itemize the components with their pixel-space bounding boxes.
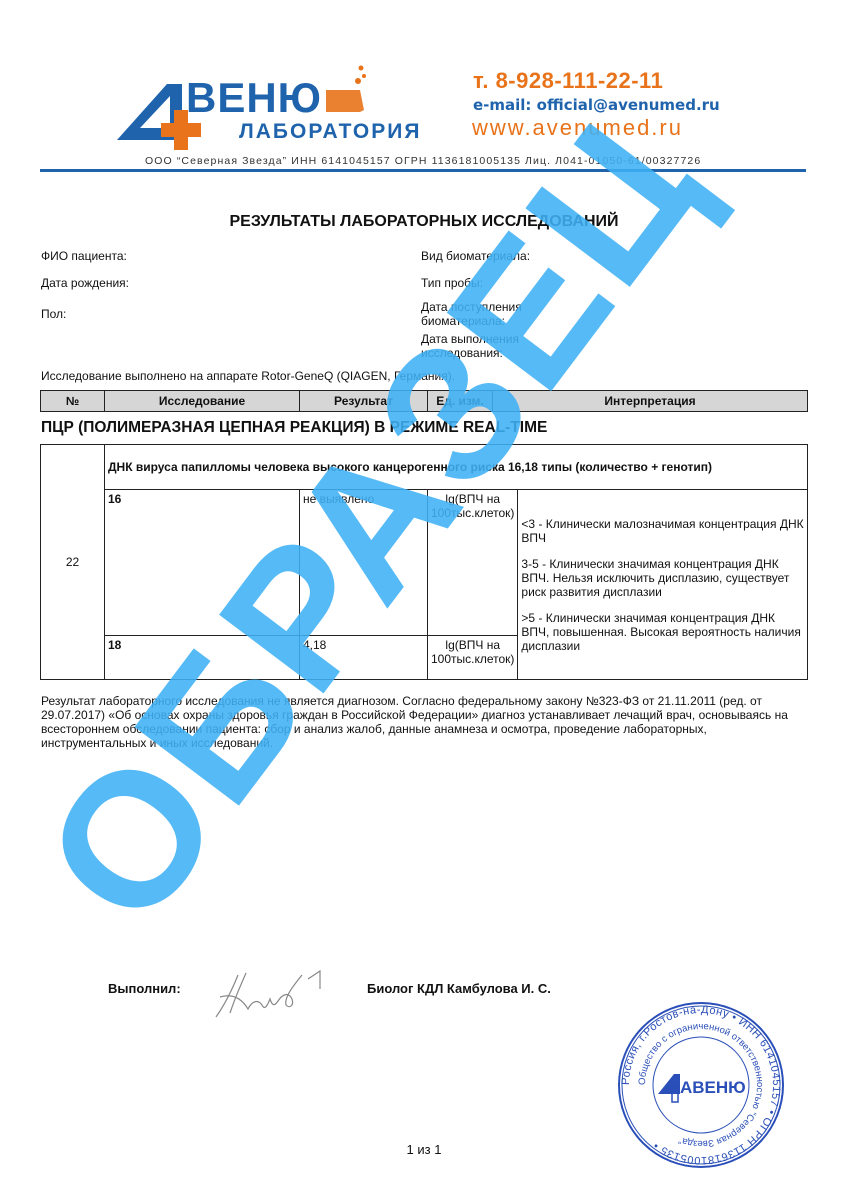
- test-name: ДНК вируса папилломы человека высокого к…: [105, 445, 808, 490]
- contact-phone: т. 8-928-111-22-11: [473, 68, 663, 94]
- legal-requisites: ООО “Северная Звезда” ИНН 6141045157 ОГР…: [145, 155, 701, 167]
- birth-date-label: Дата рождения:: [41, 276, 129, 290]
- performed-by-label: Выполнил:: [108, 981, 181, 996]
- interpretation-high: >5 - Клинически значимая концентрация ДН…: [521, 611, 804, 653]
- svg-text:ВЕНЮ: ВЕНЮ: [186, 74, 322, 121]
- performed-date-label: Дата выполнения исследования:: [421, 332, 519, 360]
- signature-image: [208, 965, 338, 1025]
- received-date-label-line1: Дата поступления: [421, 300, 522, 314]
- biomaterial-label: Вид биоматериала:: [421, 249, 530, 263]
- company-logo: ВЕНЮ ЛАБОРАТОРИЯ: [112, 62, 452, 152]
- unit-value: lg(ВПЧ на 100тыс.клеток): [428, 636, 518, 680]
- document-title: РЕЗУЛЬТАТЫ ЛАБОРАТОРНЫХ ИССЛЕДОВАНИЙ: [0, 213, 848, 231]
- sex-label: Пол:: [41, 307, 66, 321]
- col-header-number: №: [41, 391, 105, 412]
- header-divider: [40, 169, 806, 172]
- interpretation-low: <3 - Клинически малозначимая концентраци…: [521, 517, 804, 545]
- disclaimer: Результат лабораторного исследования не …: [41, 694, 811, 750]
- interpretation: <3 - Клинически малозначимая концентраци…: [518, 490, 808, 680]
- table-row: 16 не выявлено lg(ВПЧ на 100тыс.клеток) …: [41, 490, 808, 636]
- contact-email[interactable]: e-mail: official@avenumed.ru: [473, 96, 720, 114]
- received-date-label: Дата поступления биоматериала:: [421, 300, 522, 328]
- interpretation-mid: 3-5 - Клинически значимая концентрация Д…: [521, 557, 804, 599]
- col-header-interpretation: Интерпретация: [493, 391, 808, 412]
- apparatus-note: Исследование выполнено на аппарате Rotor…: [41, 369, 455, 383]
- received-date-label-line2: биоматериала:: [421, 314, 522, 328]
- contact-website[interactable]: www.avenumed.ru: [472, 115, 683, 141]
- col-header-unit: Ед. изм.: [428, 391, 493, 412]
- hpv-type: 18: [105, 636, 300, 680]
- hpv-type: 16: [105, 490, 300, 636]
- performed-date-label-line1: Дата выполнения: [421, 332, 519, 346]
- results-table: 22 ДНК вируса папилломы человека высоког…: [40, 444, 808, 680]
- signer-name: Биолог КДЛ Камбулова И. С.: [367, 981, 551, 996]
- page-number: 1 из 1: [0, 1142, 848, 1157]
- test-number: 22: [41, 445, 105, 680]
- col-header-test: Исследование: [105, 391, 300, 412]
- unit-value: lg(ВПЧ на 100тыс.клеток): [428, 490, 518, 636]
- sample-type-label: Тип пробы:: [421, 276, 483, 290]
- section-title: ПЦР (ПОЛИМЕРАЗНАЯ ЦЕПНАЯ РЕАКЦИЯ) В РЕЖИ…: [41, 419, 547, 437]
- svg-text:ЛАБОРАТОРИЯ: ЛАБОРАТОРИЯ: [239, 120, 421, 143]
- result-value: 4,18: [300, 636, 428, 680]
- result-value: не выявлено: [300, 490, 428, 636]
- svg-text:АВЕНЮ: АВЕНЮ: [680, 1078, 746, 1097]
- patient-name-label: ФИО пациента:: [41, 249, 127, 263]
- results-table-header: № Исследование Результат Ед. изм. Интерп…: [40, 390, 808, 412]
- col-header-result: Результат: [300, 391, 428, 412]
- performed-date-label-line2: исследования:: [421, 346, 519, 360]
